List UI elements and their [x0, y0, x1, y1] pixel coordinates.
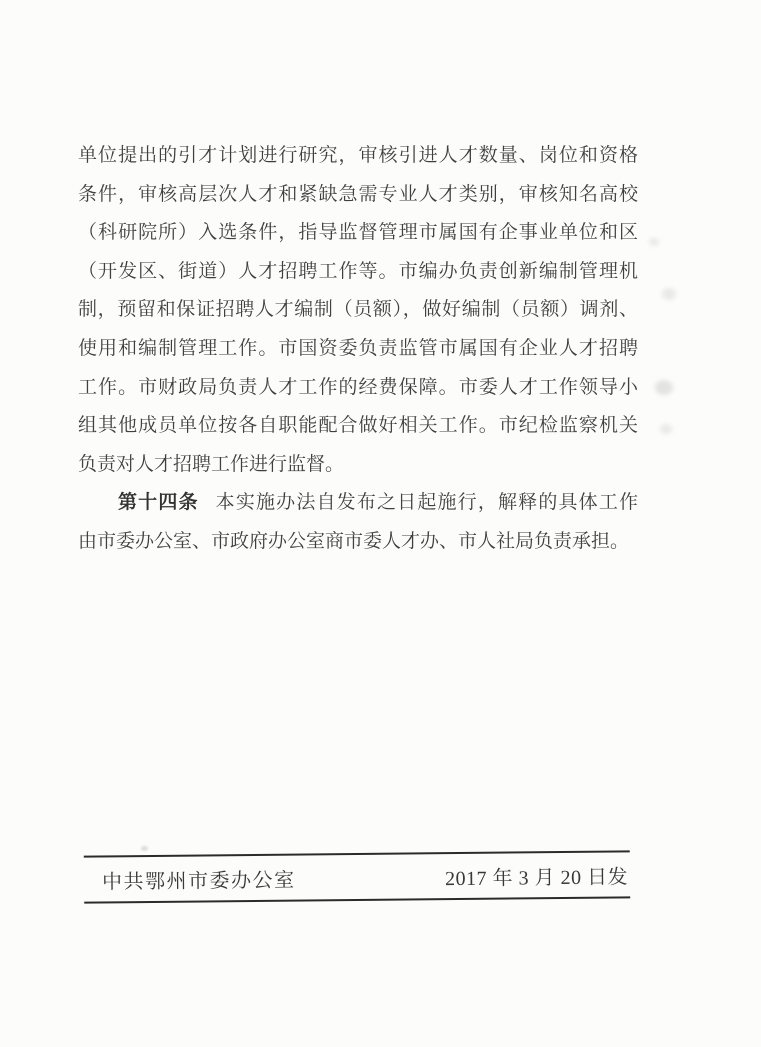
document-body-text: 单位提出的引才计划进行研究，审核引进人才数量、岗位和资格条件，审核高层次人才和紧… [78, 137, 638, 562]
scan-smudge [649, 238, 659, 246]
document-page: 单位提出的引才计划进行研究，审核引进人才数量、岗位和资格条件，审核高层次人才和紧… [0, 0, 761, 1047]
text-line: 使用和编制管理工作。市国资委负责监管市属国有企业人才招聘 [78, 330, 638, 369]
text-line: 第十四条本实施办法自发布之日起施行，解释的具体工作 [78, 484, 638, 523]
continuation-paragraph: 单位提出的引才计划进行研究，审核引进人才数量、岗位和资格条件，审核高层次人才和紧… [78, 137, 638, 484]
text-line: 负责对人才招聘工作进行监督。 [78, 446, 638, 485]
text-line: 由市委办公室、市政府办公室商市委人才办、市人社局负责承担。 [78, 523, 638, 562]
text-line: （科研院所）入选条件，指导监督管理市属国有企事业单位和区 [78, 214, 638, 253]
text-run: 本实施办法自发布之日起施行，解释的具体工作 [216, 492, 638, 513]
text-line: 组其他成员单位按各自职能配合做好相关工作。市纪检监察机关 [78, 407, 638, 446]
text-line: 单位提出的引才计划进行研究，审核引进人才数量、岗位和资格 [78, 137, 638, 176]
text-line: 条件，审核高层次人才和紧缺急需专业人才类别，审核知名高校 [78, 176, 638, 215]
text-line: 工作。市财政局负责人才工作的经费保障。市委人才工作领导小 [78, 369, 638, 408]
text-line: （开发区、街道）人才招聘工作等。市编办负责创新编制管理机 [78, 253, 638, 292]
scan-smudge [660, 424, 672, 434]
footer-rule-box: 中共鄂州市委办公室 2017 年 3 月 20 日发 [84, 850, 630, 903]
clause-14-paragraph: 第十四条本实施办法自发布之日起施行，解释的具体工作由市委办公室、市政府办公室商市… [78, 484, 638, 561]
footer-issue-date: 2017 年 3 月 20 日发 [445, 860, 628, 891]
scan-smudge [655, 380, 673, 395]
footer-issuer: 中共鄂州市委办公室 [102, 863, 296, 894]
text-line: 制，预留和保证招聘人才编制（员额），做好编制（员额）调剂、 [78, 291, 638, 330]
clause-heading: 第十四条 [118, 492, 199, 513]
scan-smudge [662, 288, 676, 300]
scan-smudge [141, 846, 148, 851]
